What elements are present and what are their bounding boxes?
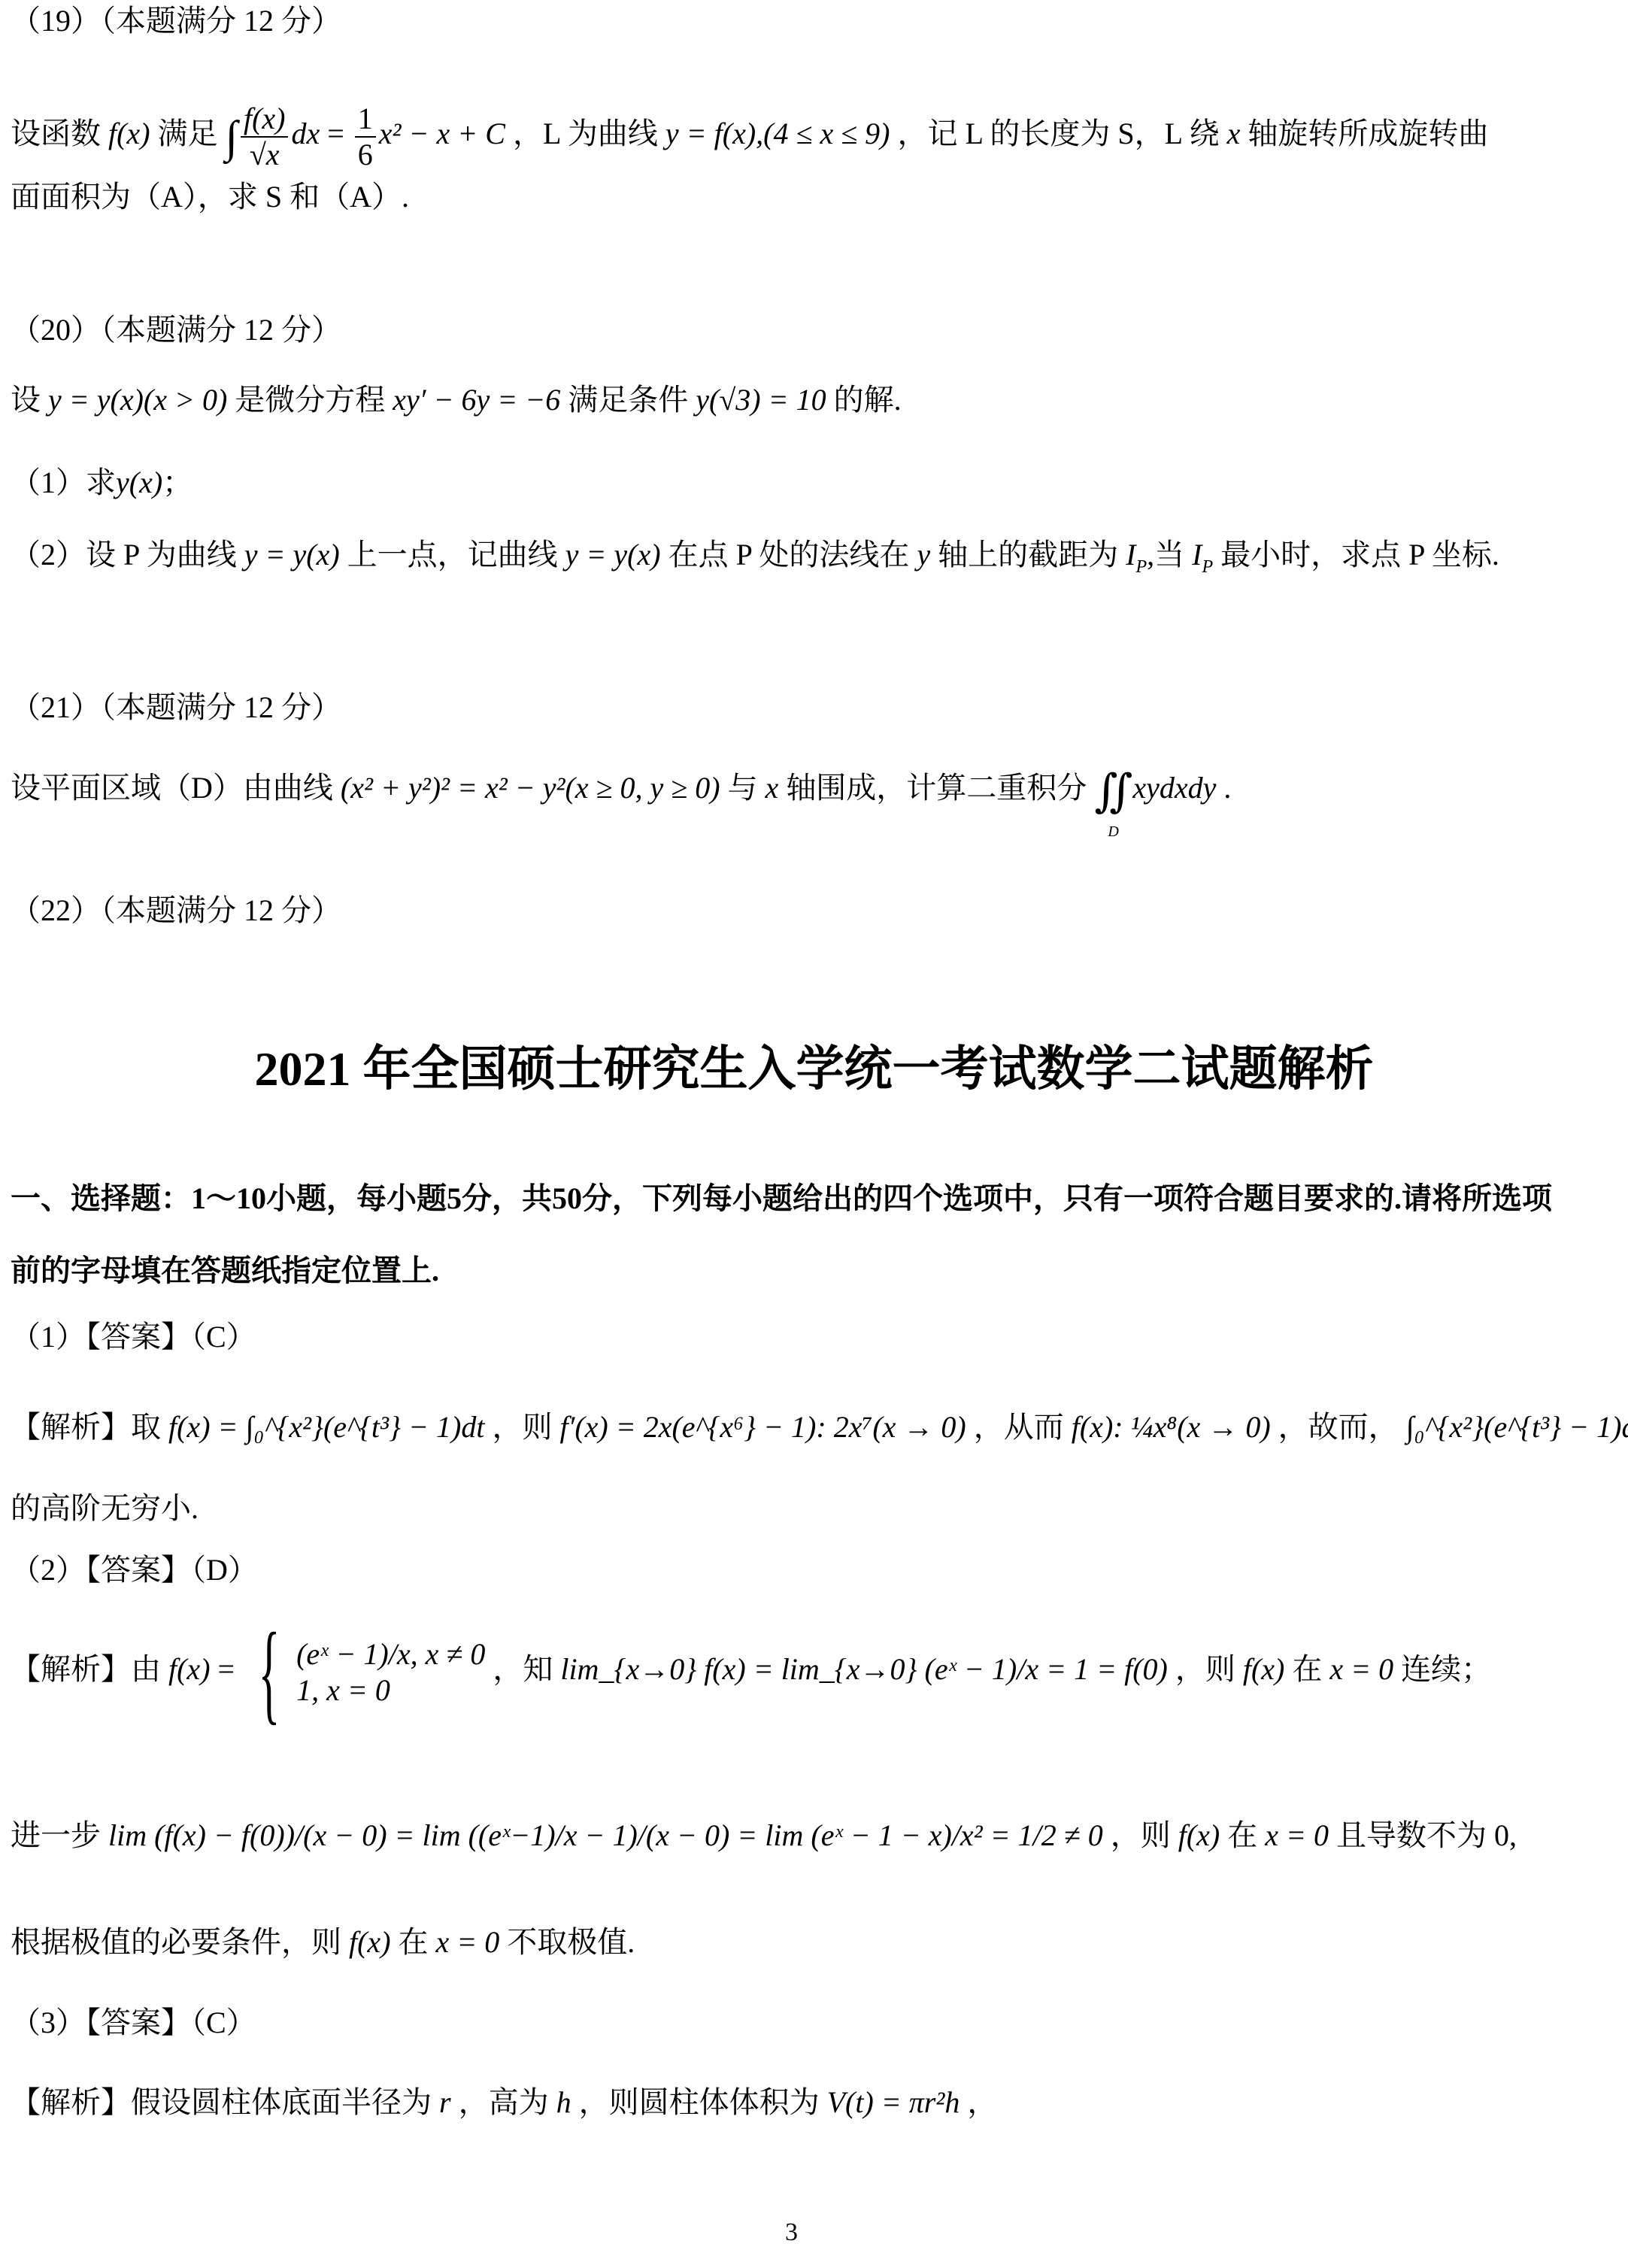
text: 且导数不为 0, [1336,1818,1517,1852]
math-condition: y(√3) = 10 [696,383,826,417]
text: ，则圆柱体体积为 [579,2085,820,2119]
I: I [1126,538,1135,572]
text: ,当 [1147,538,1184,572]
text: 设 [11,383,41,417]
solution-title: 2021 年全国硕士研究生入学统一考试数学二试题解析 [0,1030,1628,1099]
answer-1-tail: 的高阶无穷小. [11,1489,199,1528]
text: ； [162,465,193,499]
answer-1-label: （1）【答案】（C） [11,1317,256,1357]
math-curve: y = f(x),(4 ≤ x ≤ 9) [665,117,890,150]
math-fx: f(x) [108,117,150,150]
text: 连续； [1401,1652,1491,1686]
I: I [1192,538,1202,572]
text: 满足 [158,117,218,150]
numerator: f(x) [241,102,289,138]
math-derivative-limit: lim (f(x) − f(0))/(x − 0) = lim ((eˣ−1)/… [108,1818,1103,1852]
double-integral: ∬D [1094,769,1132,814]
answer-2-further: 进一步 lim (f(x) − f(0))/(x − 0) = lim ((eˣ… [11,1816,1517,1855]
integral-sign: ∫ [226,112,238,162]
case-1: (eˣ − 1)/x, x ≠ 0 [296,1636,485,1672]
text: 设平面区域（D）由曲线 [11,771,333,805]
numerator: 1 [355,102,376,138]
text: （2）设 P 为曲线 [11,538,237,572]
answer-2-label: （2）【答案】（D） [11,1551,258,1590]
text: 轴上的截距为 [938,538,1118,572]
text: ， [967,2085,997,2119]
text: 进一步 [11,1818,101,1852]
text: ，记 L 的长度为 S，L 绕 [897,117,1219,150]
answer-3-analysis: 【解析】假设圆柱体底面半径为 r ，高为 h ，则圆柱体体积为 V(t) = π… [11,2083,997,2122]
answer-1-analysis: 【解析】取 f(x) = ∫₀^{x²}(e^{t³} − 1)dt ，则 f′… [11,1408,1628,1447]
text: （1）求 [11,465,116,499]
sub-P: P [1135,557,1147,577]
text: 在 [1292,1652,1322,1686]
math-x0: x = 0 [1329,1652,1393,1686]
dx: dx [291,117,320,150]
integral-sign: ∬ [1094,766,1132,816]
math-f-def: f(x) = ∫₀^{x²}(e^{t³} − 1)dt [168,1410,484,1444]
text: 与 [728,771,758,805]
problem-20-header: （20）（本题满分 12 分） [11,311,341,350]
math-x: x [765,771,779,805]
math-integral: ∫₀^{x²}(e^{t³} − 1)dt [1406,1410,1628,1444]
math-curve: (x² + y²)² = x² − y²(x ≥ 0, y ≥ 0) [341,771,720,805]
text: 在 [1227,1818,1257,1852]
text: ，高为 [459,2085,549,2119]
section1-instructions-line1: 一、选择题：1～10小题，每小题5分，共50分，下列每小题给出的四个选项中，只有… [11,1179,1552,1218]
text: 在 [399,1925,429,1959]
section1-instructions-line2: 前的字母填在答题纸指定位置上. [11,1251,439,1290]
math-x: x [1227,117,1241,150]
math-fx: f(x) [349,1925,391,1959]
sub-P: P [1202,557,1213,577]
problem-22-header: （22）（本题满分 12 分） [11,891,341,930]
denominator: √x [241,138,289,172]
math-Ip: IP [1126,538,1147,572]
text: 轴旋转所成旋转曲 [1248,117,1488,150]
math-volume: V(t) = πr²h [827,2085,960,2119]
text: 在点 P 处的法线在 [668,538,910,572]
text: 【解析】假设圆柱体底面半径为 [11,2085,432,2119]
text: . [1223,771,1231,805]
answer-2-conclusion: 根据极值的必要条件，则 f(x) 在 x = 0 不取极值. [11,1923,635,1962]
math-rhs: x² − x + C [379,117,505,150]
problem-20-q1: （1）求y(x)； [11,463,193,502]
text: ，知 [493,1652,553,1686]
text: ，从而 [974,1410,1064,1444]
problem-19-header: （19）（本题满分 12 分） [11,2,341,41]
text: 是微分方程 [235,383,385,417]
text: 根据极值的必要条件，则 [11,1925,341,1959]
math-x0: x = 0 [1265,1818,1329,1852]
math-x0: x = 0 [436,1925,500,1959]
text: ，则 [492,1410,552,1444]
one-sixth: 16 [355,102,376,172]
math-curve: y = y(x) [565,538,661,572]
text: 的解. [834,383,902,417]
problem-21-header: （21）（本题满分 12 分） [11,688,341,727]
text: 【解析】取 [11,1410,161,1444]
math-f-equiv: f(x): ¼x⁸(x → 0) [1072,1410,1271,1444]
math-ode: xy′ − 6y = −6 [393,383,560,417]
math-fx: f(x) [168,1652,211,1686]
page-number: 3 [785,2218,798,2247]
region-D: D [1108,812,1118,851]
text: ，则 [1111,1818,1171,1852]
math-h: h [556,2085,571,2119]
problem-20-q2: （2）设 P 为曲线 y = y(x) 上一点，记曲线 y = y(x) 在点 … [11,535,1499,587]
problem-21-statement: 设平面区域（D）由曲线 (x² + y²)² = x² − y²(x ≥ 0, … [11,769,1231,814]
math-Ip: IP [1192,538,1213,572]
answer-2-analysis: 【解析】由 f(x) = {(eˣ − 1)/x, x ≠ 01, x = 0 … [11,1602,1491,1737]
math-curve: y = y(x) [244,538,340,572]
text: 上一点，记曲线 [347,538,558,572]
math-fx: f(x) [1243,1652,1285,1686]
integrand: xydxdy [1132,771,1216,805]
math-limit: lim_{x→0} f(x) = lim_{x→0} (eˣ − 1)/x = … [560,1652,1168,1686]
text: 不取极值. [507,1925,635,1959]
text: ，故而， [1278,1410,1399,1444]
text: 【解析】由 [11,1652,161,1686]
integrand-fraction: f(x)√x [241,102,289,172]
left-brace: { [259,1616,280,1729]
text: ，则 [1175,1652,1235,1686]
text: 最小时，求点 P 坐标. [1220,538,1499,572]
text: 轴围成，计算二重积分 [786,771,1087,805]
math-f-prime: f′(x) = 2x(e^{x⁶} − 1): 2x⁷(x → 0) [559,1410,966,1444]
math-fx: f(x) [1178,1818,1220,1852]
text: ，L 为曲线 [513,117,658,150]
math-r: r [439,2085,451,2119]
math-yx: y(x) [116,465,162,499]
piecewise-cases: (eˣ − 1)/x, x ≠ 01, x = 0 [296,1636,485,1709]
math-y: y = y(x)(x > 0) [48,383,227,417]
denominator: 6 [355,138,376,172]
case-2: 1, x = 0 [296,1672,485,1709]
problem-20-statement: 设 y = y(x)(x > 0) 是微分方程 xy′ − 6y = −6 满足… [11,381,902,420]
answer-3-label: （3）【答案】（C） [11,2003,256,2042]
math-y: y [917,538,930,572]
problem-19-line2: 面面积为（A），求 S 和（A）. [11,177,409,217]
text: 满足条件 [568,383,688,417]
problem-19-statement: 设函数 f(x) 满足 ∫f(x)√xdx = 16x² − x + C ，L … [11,89,1488,179]
text: 设函数 [11,117,101,150]
